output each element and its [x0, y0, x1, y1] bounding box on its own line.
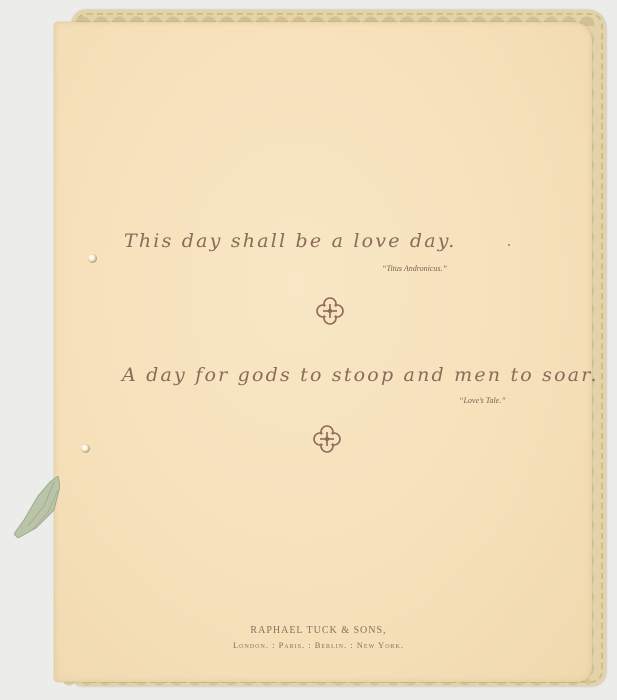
quote-citation-1: “Titus Andronicus.”	[382, 264, 447, 273]
quatrefoil-cross-ornament-icon	[315, 296, 345, 326]
quatrefoil-cross-ornament-icon	[312, 424, 342, 454]
quote-line-2: A day for gods to stoop and men to soar.	[122, 364, 599, 386]
publisher-name: RAPHAEL TUCK & SONS,	[10, 625, 617, 636]
publisher-cities: London. : Paris. : Berlin. : New York.	[10, 640, 617, 650]
card-page	[54, 22, 592, 682]
binding-hole-top	[88, 254, 97, 263]
ribbon-tie-icon	[14, 476, 60, 538]
binding-hole-bottom	[81, 444, 90, 453]
paper-speck	[508, 244, 510, 246]
quote-line-1: This day shall be a love day.	[124, 230, 456, 252]
quote-citation-2: “Love’s Tale.”	[459, 396, 506, 405]
